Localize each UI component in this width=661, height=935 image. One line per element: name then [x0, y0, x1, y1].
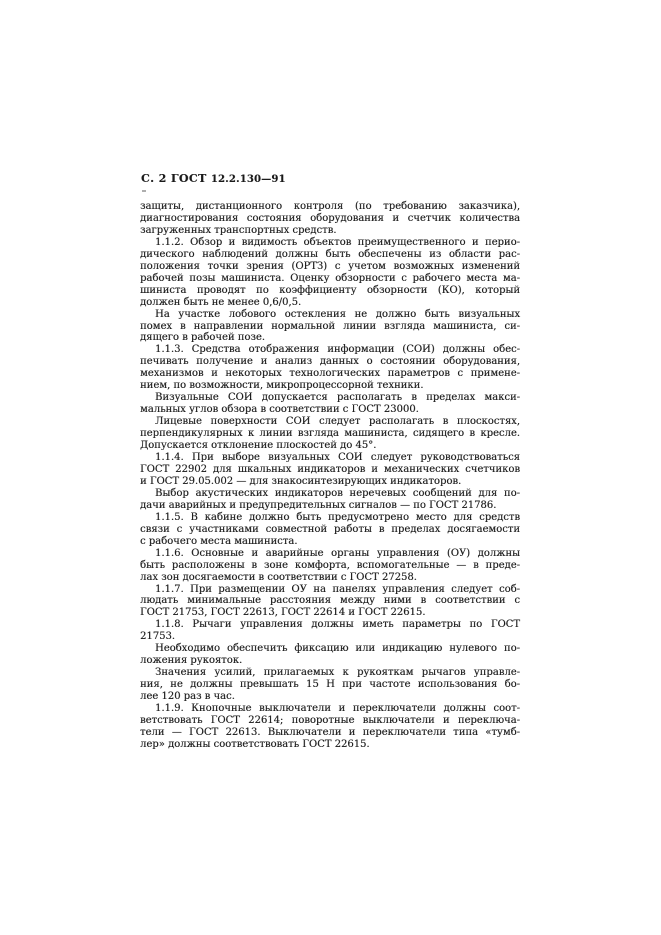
text-line: печивать получение и анализ данных о сос…: [140, 356, 520, 368]
text-line: 1.1.7. При размещении ОУ на панелях упра…: [140, 584, 520, 596]
text-line: людать минимальные расстояния между ними…: [140, 595, 520, 607]
document-page: С. 2 ГОСТ 12.2.130—91 защиты, дистанцион…: [0, 0, 661, 935]
text-line: рабочей позы машиниста. Оценку обзорност…: [140, 273, 520, 285]
text-line: 21753.: [140, 631, 520, 643]
text-line: 1.1.3. Средства отображения информации (…: [140, 344, 520, 356]
page-header: С. 2 ГОСТ 12.2.130—91: [141, 172, 286, 185]
text-line: 1.1.8. Рычаги управления должны иметь па…: [140, 619, 520, 631]
text-line: загруженных транспортных средств.: [140, 225, 520, 237]
text-line: 1.1.4. При выборе визуальных СОИ следует…: [140, 452, 520, 464]
text-line: защиты, дистанционного контроля (по треб…: [140, 201, 520, 213]
text-line: лее 120 раз в час.: [140, 691, 520, 703]
text-line: Необходимо обеспечить фиксацию или индик…: [140, 643, 520, 655]
text-line: положения точки зрения (ОРТЗ) с учетом в…: [140, 261, 520, 273]
text-line: дачи аварийных и предупредительных сигна…: [140, 500, 520, 512]
text-line: дического наблюдений должны быть обеспеч…: [140, 249, 520, 261]
text-line: ветствовать ГОСТ 22614; поворотные выклю…: [140, 715, 520, 727]
text-line: 1.1.9. Кнопочные выключатели и переключа…: [140, 703, 520, 715]
text-line: нием, по возможности, микропроцессорной …: [140, 380, 520, 392]
text-line: 1.1.2. Обзор и видимость объектов преиму…: [140, 237, 520, 249]
text-line: Значения усилий, прилагаемых к рукояткам…: [140, 667, 520, 679]
text-line: лах зон досягаемости в соответствии с ГО…: [140, 572, 520, 584]
text-line: быть расположены в зоне комфорта, вспомо…: [140, 560, 520, 572]
text-line: связи с участниками совместной работы в …: [140, 524, 520, 536]
text-line: шиниста проводят по коэффициенту обзорно…: [140, 285, 520, 297]
text-line: ложения рукояток.: [140, 655, 520, 667]
text-line: перпендикулярных к линии взгляда машинис…: [140, 428, 520, 440]
text-line: механизмов и некоторых технологических п…: [140, 368, 520, 380]
text-line: ГОСТ 21753, ГОСТ 22613, ГОСТ 22614 и ГОС…: [140, 607, 520, 619]
text-line: должен быть не менее 0,6/0,5.: [140, 297, 520, 309]
text-line: Лицевые поверхности СОИ следует располаг…: [140, 416, 520, 428]
text-line: Визуальные СОИ допускается располагать в…: [140, 392, 520, 404]
text-line: тели — ГОСТ 22613. Выключатели и переклю…: [140, 727, 520, 739]
text-line: ния, не должны превышать 15 Н при частот…: [140, 679, 520, 691]
text-line: мальных углов обзора в соответствии с ГО…: [140, 404, 520, 416]
document-body: защиты, дистанционного контроля (по треб…: [140, 201, 520, 751]
text-line: 1.1.6. Основные и аварийные органы управ…: [140, 548, 520, 560]
scan-artifact-dash: [142, 190, 146, 192]
text-line: и ГОСТ 29.05.002 — для знакосинтезирующи…: [140, 476, 520, 488]
text-line: диагностирования состояния оборудования …: [140, 213, 520, 225]
text-line: помех в направлении нормальной линии взг…: [140, 321, 520, 333]
text-line: Допускается отклонение плоскостей до 45°…: [140, 440, 520, 452]
page-number-label: С. 2 ГОСТ: [141, 172, 207, 185]
text-line: лер» должны соответствовать ГОСТ 22615.: [140, 739, 520, 751]
text-line: Выбор акустических индикаторов неречевых…: [140, 488, 520, 500]
text-line: дящего в рабочей позе.: [140, 332, 520, 344]
text-line: с рабочего места машиниста.: [140, 536, 520, 548]
standard-number: 12.2.130—91: [211, 174, 286, 185]
text-line: На участке лобового остекления не должно…: [140, 309, 520, 321]
text-line: ГОСТ 22902 для шкальных индикаторов и ме…: [140, 464, 520, 476]
text-line: 1.1.5. В кабине должно быть предусмотрен…: [140, 512, 520, 524]
